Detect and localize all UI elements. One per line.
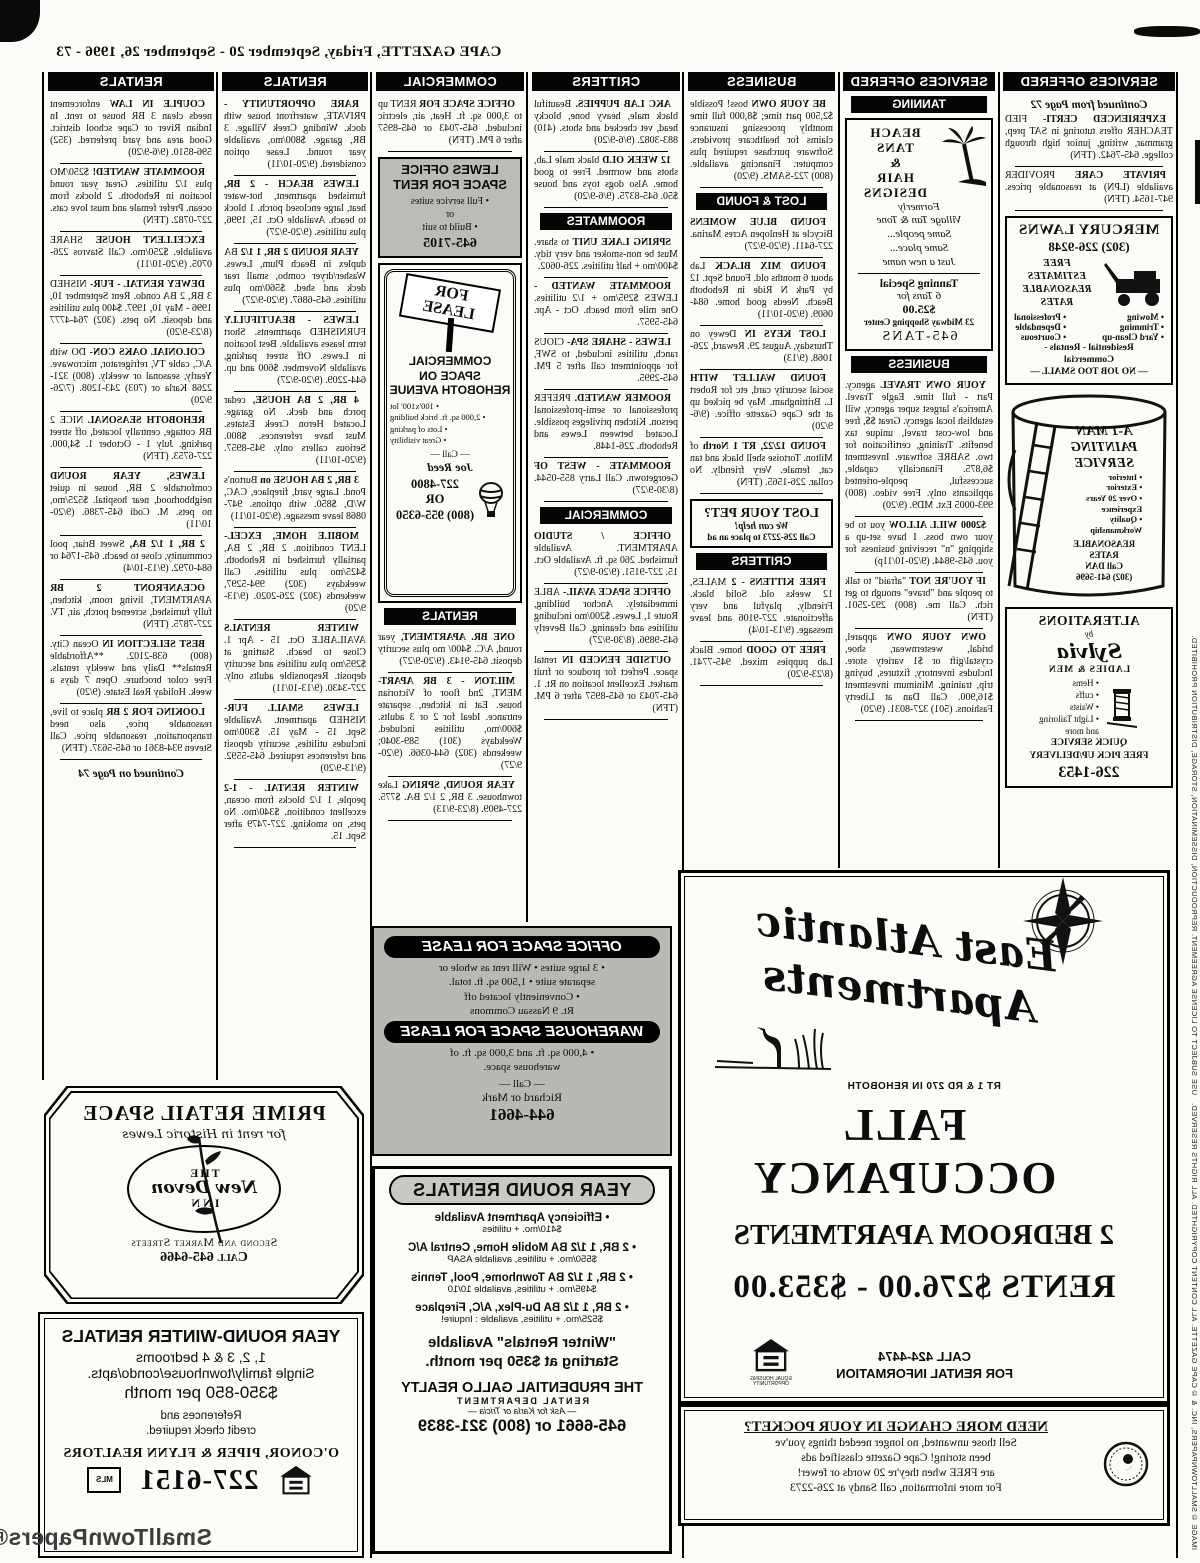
classified-ad: ROOMMATE WANTED - LEWES $295/mo + 1/2 ut… — [532, 278, 680, 331]
ad-inner-border: YEAR ROUND-WINTER RENTALS 1, 2, 3 & 4 be… — [44, 1318, 358, 1552]
equal-housing-icon — [277, 1465, 315, 1495]
rental-item: • 2 BR, 1 1/2 BA Townhome, Pool, Tennis$… — [383, 1272, 661, 1295]
ad-rents: RENTS $276.00 - $353.00 — [685, 1269, 1163, 1306]
newspaper-page: CAPE GAZETTE, Friday, September 20 - Sep… — [0, 0, 1200, 1563]
ad-title: MERCURY LAWNS — [1010, 222, 1168, 239]
ad-text: • 4,000 sq. ft. and 3,000 sq. ft. ofware… — [374, 1046, 670, 1075]
ad-lead: FREE TO GOOD — [742, 645, 826, 656]
page-title: CAPE GAZETTE, Friday, September 20 - Sep… — [56, 44, 501, 61]
column-services-2: SERVICES OFFEREDTANNING BEACH TANS& HAIR… — [843, 72, 995, 876]
ad-bullets: • Interior• Exterior • Over 20 YearsExpe… — [1052, 472, 1142, 536]
ad-lead: OUTSIDE FENCED IN — [557, 655, 671, 666]
ad-title: NEED MORE CHANGE IN YOUR POCKET? — [693, 1419, 1099, 1436]
ad-subtitle: LADIES & MEN — [1010, 665, 1168, 675]
ad-lead: IF YOU'RE NOT — [906, 576, 986, 587]
ad-rule — [700, 493, 823, 494]
column-header: SERVICES OFFERED — [843, 72, 995, 91]
ad-content: PRIME RETAIL SPACE for rent in Historic … — [51, 1093, 358, 1298]
column-rule — [999, 72, 1001, 868]
thread-spool-icon — [1105, 685, 1139, 729]
phone-number: 227-4800OR (800) 955-6350 — [396, 477, 474, 524]
ad-lead: OFFICE SPACE FOR — [416, 99, 515, 110]
ad-lead: EXCELLENT HOUSE — [83, 235, 205, 246]
ad-lead: 2 BR, 1 1/2 BA, — [125, 539, 205, 550]
ad-lead: FOUND BLUE WOMENS — [690, 217, 826, 228]
ad-lead: LEWES - BEAUTIFULLY — [224, 315, 359, 326]
beach-tans-ad: BEACH TANS& HAIRDESIGNS FormerlyVillage … — [845, 118, 993, 351]
ad-price: $25.00 — [850, 302, 988, 317]
department: RENTAL DEPARTMENT — [383, 1396, 661, 1406]
need-more-change-ad: NEED MORE CHANGE IN YOUR POCKET? Sell th… — [678, 1404, 1170, 1526]
ad-lead: WINTER RENTAL - 1-2 — [224, 783, 359, 794]
section-header: CRITTERS — [696, 553, 827, 570]
classified-ad: MILTON - 3 BR APART- MENT, 2nd floor of … — [376, 673, 524, 774]
classified-ad: YOUR OWN TRAVEL agency. Part - full time… — [843, 377, 995, 514]
classified-ad: WINTER RENTALS AVAILABLE Oct. 15 - Apr 1… — [222, 620, 368, 697]
column-header: COMMERCIAL — [376, 72, 524, 91]
ad-lead: LEWES - SHARE SPA- — [564, 337, 671, 348]
ad-rule — [388, 151, 512, 152]
classified-ad: EXPERIENCED CERTI- FIED TEACHER offers t… — [1003, 111, 1175, 164]
coin-icon — [1103, 1441, 1149, 1487]
classified-ad: FREE TO GOOD home. Black Lab puppies mix… — [688, 642, 835, 683]
mls-icon: MLS — [87, 1467, 121, 1493]
ad-inner-border: East Atlantic Apartments RT 1 & RD 270 I… — [684, 876, 1164, 1398]
ad-lead: BE YOUR OWN — [748, 99, 826, 110]
phone-number: 645-6661 or (800) 321-3839 — [383, 1417, 661, 1436]
classified-ad: BE YOUR OWN boss! Possible $2,500 part t… — [688, 96, 835, 185]
ad-title: LEWES OFFICESPACE FOR RENT — [383, 163, 517, 193]
classified-ad: OUTSIDE FENCED IN rental space. Perfect … — [532, 652, 680, 717]
classified-ad: MOBILE HOME, EXCEL- LENT condition. 2 BR… — [222, 528, 368, 617]
ad-header: YEAR ROUND RENTALS — [389, 1175, 655, 1205]
ad-lead: FOUND 12/22, RT 1 North — [698, 441, 826, 452]
classified-ad: SPRING LAKE UNIT to share. Must be non-s… — [532, 234, 680, 275]
ad-lead: BEST SELECTION IN — [99, 639, 206, 650]
balloon-icon — [478, 482, 504, 518]
copyright-line: USE SUBJECT TO LICENSE AGREEMENT. REPROD… — [1190, 635, 1199, 1095]
ad-lead: LEWES BEACH - 2 BR, — [224, 179, 359, 190]
ad-lead: ONE BR. APARTMENT, — [395, 632, 515, 643]
section-header: COMMERCIAL — [540, 507, 672, 524]
ad-lead: OFFICE / STUDIO — [534, 531, 671, 542]
classified-ad: YEAR ROUND, SPRING Lake townhouse. 3 BR,… — [376, 777, 524, 818]
column-rule — [527, 72, 529, 922]
ad-title: YEAR ROUND-WINTER RENTALS — [45, 1326, 357, 1347]
ad-text: been storing! Cape Gazette classified ad… — [693, 1451, 1099, 1466]
scan-artifact — [1195, 140, 1200, 204]
alterations-ad: ALTERATIONS by Sylvia LADIES & MEN • Hem… — [1005, 607, 1173, 788]
column-rule — [839, 72, 841, 868]
ad-lead: ROOMMATE WANTED! — [89, 167, 205, 178]
ad-title: ALTERATIONS — [1010, 613, 1168, 629]
ad-by: by — [1010, 629, 1168, 639]
mercury-lawns-ad: MERCURY LAWNS (302) 226-9248 FREEESTIMAT… — [1005, 216, 1173, 385]
winter-rentals-line: "Winter Rentals" AvailableStarting at $3… — [383, 1334, 661, 1372]
classified-ad: PRIVATE CARE PROVIDER available (LPN) at… — [1003, 167, 1175, 208]
ad-script-lines: FormerlyVillage Tan & Tone Same people..… — [850, 201, 988, 270]
ad-lead: OCEANFRONT 2 BR — [50, 583, 205, 594]
ad-lead: ROOMMATE - WEST OF — [534, 461, 671, 472]
classified-ad: REHOBOTH SEASONAL NICE 2 BR cottage, cen… — [48, 412, 214, 465]
ad-footer: QUICK SERVICEFREE PICK UP/DELIVERY — [1010, 737, 1168, 762]
classified-ad: DEWEY RENTAL - FUR- NISHED 3 BR, 2 BA co… — [48, 276, 214, 341]
ad-text: References andcredit check required. — [45, 1409, 357, 1439]
classified-ad: OFFICE SPACE AVAIL- ABLE immediately. An… — [532, 584, 680, 649]
east-atlantic-ad: East Atlantic Apartments RT 1 & RD 270 I… — [678, 870, 1170, 1404]
ad-subheadline: 2 BEDROOM APARTMENTS — [685, 1219, 1163, 1252]
heron-marsh-icon — [713, 1019, 833, 1071]
column-rentals-1: RENTALSRARE OPPORTUNITY - PRIVATE, water… — [222, 72, 368, 1080]
classified-ad: ROOMMATE WANTED! $250/MO plus 1/2 utilit… — [48, 164, 214, 229]
ad-offer-detail: 6 Tans for — [850, 290, 988, 302]
classified-ad: RARE OPPORTUNITY - PRIVATE, waterfront h… — [222, 96, 368, 173]
ad-lead: REHOBOTH SEASONAL — [83, 415, 205, 426]
copyright-edge-text: IMAGE ©SMALLTOWNPAPERS, INC. & ©CAPE GAZ… — [1189, 20, 1199, 1550]
classified-ad: OFFICE / STUDIO APARTMENT. Available fur… — [532, 528, 680, 581]
continued-note: Continued from Page 72 — [1003, 99, 1175, 111]
ad-text: 1, 2, 3 & 4 bedrooms — [45, 1349, 357, 1365]
a1-man-painting-ad: A-1 MANPAINTINGSERVICE • Interior• Exter… — [1005, 390, 1173, 602]
classified-ad: FOUND BLUE WOMENS Bicycle at Henlopen Ac… — [688, 214, 835, 255]
ad-lead: EXPERIENCED CERTI- — [1027, 114, 1166, 125]
ad-title: PRIME RETAIL SPACE — [51, 1101, 358, 1126]
column-commercial: COMMERCIALOFFICE SPACE FOR RENT up to 3,… — [376, 72, 524, 924]
ad-lead: ROOMER WANTED. — [571, 393, 671, 404]
ad-text: Single family/townhouse/condo/apts. — [45, 1365, 357, 1381]
ad-lead: YEAR ROUND 2 BR, 1 1/2 — [238, 247, 359, 258]
service-list: • Mowing• Trimming• Yard Clean-up — [1102, 312, 1164, 342]
phone-number: 644-4661 — [374, 1105, 670, 1125]
ad-address: 23 Midway Shopping Center — [850, 317, 988, 327]
ad-lead: LEWES SMALL FUR- — [224, 703, 359, 714]
ad-lead: WINTER RENTALS — [224, 623, 359, 634]
ad-lead: ROOMMATE WANTED - — [534, 281, 671, 292]
ad-headline: FALL OCCUPANCY — [685, 1099, 1123, 1205]
ad-price: $350-850 per month — [45, 1383, 357, 1403]
phone-number: 226-1453 — [1010, 764, 1168, 782]
classified-ad: LOST KEYS IN Dewey on Thursday, August 2… — [688, 326, 835, 367]
ad-title: COMMERCIALSPACE ON REHOBOTH AVENUE — [380, 354, 520, 397]
ad-call: — Call — — [374, 1078, 670, 1090]
ad-lead: $2000 WILL ALLOW — [885, 520, 986, 531]
scan-artifact — [1134, 26, 1200, 37]
ad-rule — [388, 820, 512, 821]
classified-ad: ROOMER WANTED. PREFER professional or se… — [532, 390, 680, 455]
classified-ad: LEWES SMALL FUR- NISHED apartment. Avail… — [222, 700, 368, 777]
equal-housing-icon — [751, 1338, 791, 1372]
ad-script-name: Sylvia — [1010, 639, 1168, 663]
scan-artifact — [0, 0, 40, 42]
ad-title: LOST YOUR PET? — [695, 505, 828, 521]
ad-text: are FREE when they're 20 words or fewer! — [693, 1466, 1099, 1481]
ad-lead: 12 WEEK OLD — [599, 155, 671, 166]
rental-item: • 2 BR, 1 1/2 BA Du-Plex, A/C, Fireplace… — [383, 1302, 661, 1325]
phone-number: 645-7105 — [383, 236, 517, 252]
column-rule — [1177, 72, 1179, 1558]
column-rule — [43, 72, 45, 1080]
ad-lead: DEWEY RENTAL - FUR- — [87, 279, 205, 290]
ad-lead: MILTON - 3 BR APART- — [378, 676, 515, 687]
ad-rule — [544, 207, 668, 208]
classified-ad: COUPLE IN LAW enforcement needs clean 3 … — [48, 96, 214, 161]
for-lease-ad: FORLEASE COMMERCIALSPACE ON REHOBOTH AVE… — [378, 263, 522, 603]
classified-ad: COLONIAL OAKS CON- DO with A/C, cable TV… — [48, 344, 214, 409]
classified-ad: FOUND MIX BLACK Lab about 6 months old. … — [688, 258, 835, 323]
ad-call: — Call — — [380, 450, 520, 460]
classified-ad: LEWES - BEAUTIFULLY FURNISHED apartments… — [222, 312, 368, 389]
classified-ad: OCEANFRONT 2 BR APARTMENT, living room, … — [48, 580, 214, 633]
classified-ad: OWN YOUR OWN apparel, bridal, westernwea… — [843, 629, 995, 718]
classified-ad: LEWES - SHARE SPA- CIOUS ranch, utilitie… — [532, 334, 680, 387]
ad-text: • 3 large suites • Will rent as whole or… — [374, 961, 670, 1018]
ad-text: FREEESTIMATES REASONABLERATES — [1012, 257, 1102, 310]
classified-ad: OFFICE SPACE FOR RENT up to 3,000 sq. ft… — [376, 96, 524, 149]
ad-bullets: • Full service suitesor • Build to suit — [383, 195, 517, 234]
rental-item: • Efficiency Apartment Available$410/mo.… — [383, 1212, 661, 1235]
ad-lead: OFFICE SPACE AVAIL- — [560, 587, 671, 598]
classified-ad: FOUND WALLET WITH social security card, … — [688, 370, 835, 435]
ad-lead: AKC LAB PUPPIES. — [571, 99, 671, 110]
ad-header: WAREHOUSE SPACE FOR LEASE — [384, 1021, 660, 1043]
section-header: TANNING — [851, 96, 987, 113]
classified-ad: FREE KITTENS - 2 MALES, 12 weeks old. So… — [688, 574, 835, 639]
ad-lead: YEAR ROUND, SPRING — [398, 780, 515, 791]
classified-ad: 3 BR, 2 BA HOUSE on Burton's Pond. Large… — [222, 472, 368, 525]
lawn-mower-icon — [1102, 257, 1166, 309]
ad-text: For more information, call Sandy at 226-… — [693, 1481, 1099, 1496]
ad-lead: FOUND MIX BLACK — [706, 261, 826, 272]
copyright-line: IMAGE ©SMALLTOWNPAPERS, INC. & ©CAPE GAZ… — [1190, 1103, 1199, 1550]
ad-lead: RARE OPPORTUNITY - — [224, 99, 359, 110]
section-header: BUSINESS — [851, 356, 987, 373]
section-header: ROOMMATES — [540, 213, 672, 230]
agent-name: Richard or Mark — [374, 1090, 670, 1105]
phone-number: (302) 226-9248 — [1010, 239, 1168, 255]
new-devon-inn-ad: PRIME RETAIL SPACE for rent in Historic … — [44, 1086, 364, 1304]
classified-ad: WINTER RENTAL - 1-2 people, 1 1/2 blocks… — [222, 780, 368, 845]
ad-rule — [234, 847, 356, 848]
ad-call-line: Call 226-2273 to place an ad — [695, 532, 828, 542]
prudential-rentals-ad: YEAR ROUND RENTALS • Efficiency Apartmen… — [372, 1166, 672, 1554]
eho-caption: EQUAL HOUSING OPPORTUNITY — [745, 1377, 797, 1387]
inn-logo: THE New Devon INN — [127, 1145, 281, 1233]
ad-text: We can help! — [695, 521, 828, 532]
rose-stem-icon — [151, 1131, 261, 1247]
ad-rule — [855, 720, 983, 721]
quality-list: • Professional• Dependable• Courteous — [1014, 312, 1066, 342]
ad-call: CALL 424-4474 FOR RENTAL INFORMATION — [836, 1349, 1013, 1383]
ad-lead: YOUR OWN TRAVEL — [875, 380, 986, 391]
column-rule — [217, 72, 219, 1080]
company-name: THE PRUDENTIAL GALLO REALTY — [383, 1380, 661, 1396]
classified-ad: LEWES, YEAR ROUND comfortable 2 BR, hous… — [48, 468, 214, 533]
ad-lead: COLONIAL OAKS CON- — [86, 347, 205, 358]
ad-title: A-1 MANPAINTINGSERVICE — [1052, 424, 1156, 472]
ad-lead: FOUND WALLET WITH — [690, 373, 826, 384]
agent-name: Joe Reed — [380, 460, 520, 475]
lewes-office-ad: LEWES OFFICESPACE FOR RENT • Full servic… — [378, 157, 522, 258]
column-header: BUSINESS — [688, 72, 835, 91]
rental-item: • 2 BR, 1 1/2 BA Mobile Home, Central A/… — [383, 1242, 661, 1265]
ask-line: — Ask for Karla or Tricia — — [383, 1406, 661, 1416]
section-header: RENTALS — [384, 608, 516, 625]
section-header: LOST & FOUND — [696, 193, 827, 210]
classified-ad: ROOMMATE - WEST OF Georgetown. Call Larr… — [532, 458, 680, 499]
ad-text: Sell those unwanted, no longer needed th… — [693, 1436, 1099, 1451]
column-header: RENTALS — [222, 72, 368, 91]
classified-ad: IF YOU'RE NOT "afraid" to talk to people… — [843, 573, 995, 626]
ad-rule — [544, 719, 668, 720]
column-header: SERVICES OFFERED — [1003, 72, 1175, 91]
column-critters: CRITTERSAKC LAB PUPPIES. Beautiful black… — [532, 72, 680, 924]
column-rentals-2: RENTALSCOUPLE IN LAW enforcement needs c… — [48, 72, 214, 1080]
ad-location: RT 1 & RD 270 IN REHOBOTH — [685, 1081, 1163, 1092]
phone-number: 227-6151 — [139, 1464, 258, 1497]
continued-note: Continued on Page 74 — [48, 768, 214, 780]
ad-header: OFFICE SPACE FOR LEASE — [384, 936, 660, 958]
ad-lead: OWN YOUR OWN — [877, 632, 986, 643]
classified-ad: 2 BR, 1 1/2 BA, Sweet Briar, pool commun… — [48, 536, 214, 577]
classified-ad: BEST SELECTION IN Ocean City. (800) 638-… — [48, 636, 214, 701]
ad-rule — [60, 759, 202, 760]
column-business: BUSINESSBE YOUR OWN boss! Possible $2,50… — [688, 72, 835, 878]
column-header: RENTALS — [48, 72, 214, 91]
ad-lead: 4 BR, 2 BA HOUSE, — [246, 395, 359, 406]
classified-ad: LEWES BEACH - 2 BR, furnished apartment,… — [222, 176, 368, 241]
ad-lead: LOST KEYS IN — [737, 329, 826, 340]
ad-lead: MOBILE HOME, EXCEL- — [224, 531, 359, 542]
classified-ad: $2000 WILL ALLOW you to be your own boss… — [843, 517, 995, 570]
classified-ad: 12 WEEK OLD black male Lab, shots and wo… — [532, 152, 680, 205]
ad-title: BEACH TANS& HAIRDESIGNS — [850, 124, 940, 201]
equal-housing-block: EQUAL HOUSING OPPORTUNITY — [745, 1338, 797, 1387]
ad-lead: LEWES, YEAR ROUND — [50, 471, 205, 482]
watermark: SmallTownPapers® — [0, 1524, 212, 1551]
classified-ad: AKC LAB PUPPIES. Beautiful black male, h… — [532, 96, 680, 149]
classified-ad: 4 BR, 2 BA HOUSE, cedar porch and deck. … — [222, 392, 368, 469]
ad-bullets: • 100'x100' lot• 2,000 sq. ft. brick bui… — [380, 401, 520, 447]
ad-rule — [544, 501, 668, 502]
office-warehouse-lease-ad: OFFICE SPACE FOR LEASE • 3 large suites … — [372, 926, 672, 1156]
classified-ad: LOOKING FOR 2 BR place to live, reasonab… — [48, 704, 214, 757]
ad-lead: LOOKING FOR 2 BR — [103, 707, 205, 718]
ad-footer: Residential - Rentals -Commercial— NO JO… — [1010, 342, 1168, 379]
ad-lead: PRIVATE CARE — [1055, 170, 1166, 181]
ad-inner-border: NEED MORE CHANGE IN YOUR POCKET? Sell th… — [684, 1410, 1164, 1520]
classified-ad: YEAR ROUND 2 BR, 1 1/2 BA duplex in Beac… — [222, 244, 368, 309]
ad-lead: COUPLE IN LAW — [100, 99, 205, 110]
sign-pole — [446, 318, 454, 352]
ad-bullets: • Hems• cuffs • Waists• Light Tailoring … — [1039, 677, 1099, 738]
column-header: CRITTERS — [532, 72, 680, 91]
column-services-1: SERVICES OFFEREDContinued from Page 72EX… — [1003, 72, 1175, 876]
ad-lead: 3 BR, 2 BA HOUSE on — [257, 475, 359, 486]
ad-footer: REASONABLERATES Call DAN(302) 641-5696 — [1052, 539, 1156, 584]
phone-number: 645-TANS — [850, 329, 988, 345]
classified-ad: ONE BR. APARTMENT, year round, A/C. $400… — [376, 629, 524, 670]
ad-rule — [700, 685, 823, 686]
classified-ad: EXCELLENT HOUSE SHARE available. $250/mo… — [48, 232, 214, 273]
ad-offer: Tanning Special — [850, 278, 988, 290]
oconor-rentals-ad: YEAR ROUND-WINTER RENTALS 1, 2, 3 & 4 be… — [38, 1312, 364, 1558]
classified-ad: FOUND 12/22, RT 1 North of Milton. Torto… — [688, 438, 835, 491]
mirrored-scan: CAPE GAZETTE, Friday, September 20 - Sep… — [0, 0, 1200, 1563]
ad-lead: SPRING LAKE UNIT — [569, 237, 671, 248]
divider — [858, 273, 980, 274]
company-name: O'CONOR, PIPER & FLYNN REALTORS — [45, 1446, 357, 1462]
ad-rule — [1015, 210, 1163, 211]
palm-tree-icon — [940, 124, 988, 188]
ad-lead: FREE KITTENS - 2 — [726, 577, 826, 588]
ad-rule — [700, 187, 823, 188]
lost-your-pet-ad: LOST YOUR PET? We can help! Call 226-227… — [690, 499, 833, 548]
phone-number: Call 645-6466 — [51, 1250, 358, 1266]
